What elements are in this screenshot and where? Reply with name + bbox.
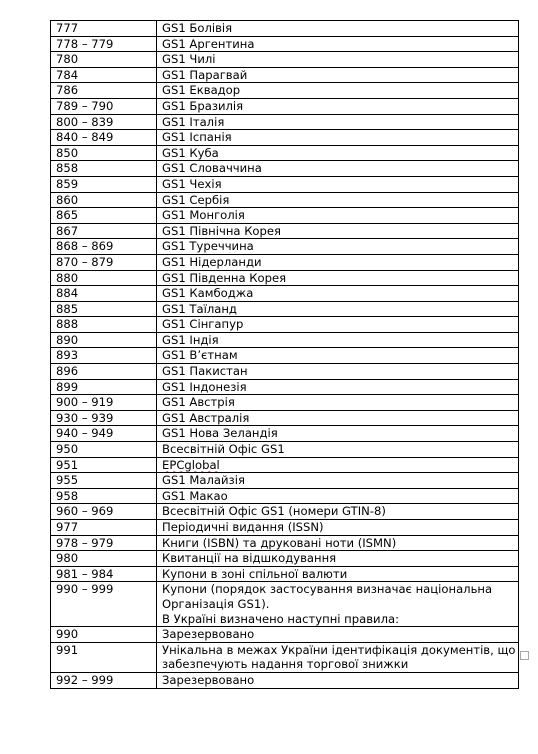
table-row: 960 – 969Всесвітній Офіс GS1 (номери GTI… xyxy=(51,504,519,520)
table-row: 850GS1 Куба xyxy=(51,145,519,161)
description-cell[interactable]: GS1 Чехія xyxy=(157,176,519,192)
description-line: GS1 Сербія xyxy=(162,193,229,207)
prefix-code-cell[interactable]: 868 – 869 xyxy=(51,239,157,255)
prefix-code-cell[interactable]: 900 – 919 xyxy=(51,395,157,411)
prefix-code-cell[interactable]: 884 xyxy=(51,286,157,302)
description-cell[interactable]: GS1 Італія xyxy=(157,114,519,130)
description-cell[interactable]: EPCglobal xyxy=(157,457,519,473)
description-cell[interactable]: GS1 В’єтнам xyxy=(157,348,519,364)
description-line: GS1 Чехія xyxy=(162,177,222,191)
table-row: 940 – 949GS1 Нова Зеландія xyxy=(51,426,519,442)
description-line: GS1 Південна Корея xyxy=(162,271,286,285)
description-line: GS1 Нова Зеландія xyxy=(162,426,278,440)
description-cell[interactable]: GS1 Нова Зеландія xyxy=(157,426,519,442)
table-row: 860GS1 Сербія xyxy=(51,192,519,208)
description-line: GS1 Туреччина xyxy=(162,239,254,253)
description-cell[interactable]: GS1 Туреччина xyxy=(157,239,519,255)
table-row: 865GS1 Монголія xyxy=(51,208,519,224)
table-row: 870 – 879GS1 Нідерланди xyxy=(51,254,519,270)
description-line: GS1 Пакистан xyxy=(162,364,248,378)
prefix-code-cell[interactable]: 981 – 984 xyxy=(51,566,157,582)
description-cell[interactable]: Квитанції на відшкодування xyxy=(157,551,519,567)
description-line: GS1 Італія xyxy=(162,115,224,129)
table-row: 900 – 919GS1 Австрія xyxy=(51,395,519,411)
description-cell[interactable]: Купони в зоні спільної валюти xyxy=(157,566,519,582)
table-row: 951EPCglobal xyxy=(51,457,519,473)
table-row: 990Зарезервовано xyxy=(51,627,519,643)
description-cell[interactable]: GS1 Парагвай xyxy=(157,67,519,83)
description-cell[interactable]: GS1 Австралія xyxy=(157,410,519,426)
description-line: GS1 Парагвай xyxy=(162,68,247,82)
description-line: EPCglobal xyxy=(162,458,220,472)
table-row: 778 – 779GS1 Аргентина xyxy=(51,36,519,52)
description-line: GS1 Болівія xyxy=(162,21,232,35)
description-line: Всесвітній Офіс GS1 (номери GTIN-8) xyxy=(162,504,386,518)
description-line: Всесвітній Офіс GS1 xyxy=(162,442,285,456)
prefix-code-cell[interactable]: 899 xyxy=(51,379,157,395)
description-cell[interactable]: Унікальна в межах України ідентифікація … xyxy=(157,642,519,672)
gs1-prefix-table: 777GS1 Болівія778 – 779GS1 Аргентина780G… xyxy=(50,20,519,689)
prefix-code-cell[interactable]: 950 xyxy=(51,442,157,458)
prefix-code-cell[interactable]: 780 xyxy=(51,52,157,68)
table-row: 867GS1 Північна Корея xyxy=(51,223,519,239)
table-body: 777GS1 Болівія778 – 779GS1 Аргентина780G… xyxy=(51,21,519,689)
description-line: Зарезервовано xyxy=(162,627,254,641)
table-row: 992 – 999Зарезервовано xyxy=(51,672,519,688)
table-row: 899GS1 Індонезія xyxy=(51,379,519,395)
table-row: 786GS1 Еквадор xyxy=(51,83,519,99)
description-line: GS1 Нідерланди xyxy=(162,255,262,269)
table-row: 777GS1 Болівія xyxy=(51,21,519,37)
prefix-code-cell[interactable]: 867 xyxy=(51,223,157,239)
description-cell[interactable]: GS1 Чилі xyxy=(157,52,519,68)
prefix-code-cell[interactable]: 800 – 839 xyxy=(51,114,157,130)
description-line: забезпечують надання торгової знижки xyxy=(162,657,408,671)
description-cell[interactable]: GS1 Монголія xyxy=(157,208,519,224)
table-resize-handle[interactable] xyxy=(520,651,529,660)
description-line: GS1 Куба xyxy=(162,146,219,160)
table-row: 885GS1 Таїланд xyxy=(51,301,519,317)
description-line: GS1 Сінгапур xyxy=(162,317,243,331)
description-cell[interactable]: GS1 Іспанія xyxy=(157,130,519,146)
description-line: GS1 Чилі xyxy=(162,52,216,66)
prefix-code-cell[interactable]: 865 xyxy=(51,208,157,224)
description-cell[interactable]: GS1 Сінгапур xyxy=(157,317,519,333)
description-line: GS1 Іспанія xyxy=(162,130,232,144)
prefix-code-cell[interactable]: 890 xyxy=(51,332,157,348)
table-row: 978 – 979Книги (ISBN) та друковані ноти … xyxy=(51,535,519,551)
prefix-code-cell[interactable]: 990 xyxy=(51,627,157,643)
description-cell[interactable]: GS1 Бразилія xyxy=(157,98,519,114)
table-row: 980Квитанції на відшкодування xyxy=(51,551,519,567)
table-row: 800 – 839GS1 Італія xyxy=(51,114,519,130)
description-cell[interactable]: GS1 Південна Корея xyxy=(157,270,519,286)
description-line: Періодичні видання (ISSN) xyxy=(162,520,324,534)
table-row: 896GS1 Пакистан xyxy=(51,364,519,380)
prefix-code-cell[interactable]: 880 xyxy=(51,270,157,286)
prefix-code-cell[interactable]: 786 xyxy=(51,83,157,99)
description-cell[interactable]: GS1 Аргентина xyxy=(157,36,519,52)
description-line: GS1 Австрія xyxy=(162,395,235,409)
description-line: В Україні визначено наступні правила: xyxy=(162,612,399,626)
description-line: Організація GS1). xyxy=(162,597,269,611)
prefix-code-cell[interactable]: 940 – 949 xyxy=(51,426,157,442)
table-row: 930 – 939GS1 Австралія xyxy=(51,410,519,426)
prefix-code-cell[interactable]: 885 xyxy=(51,301,157,317)
description-cell[interactable]: GS1 Північна Корея xyxy=(157,223,519,239)
table-row: 893GS1 В’єтнам xyxy=(51,348,519,364)
description-cell[interactable]: Книги (ISBN) та друковані ноти (ISMN) xyxy=(157,535,519,551)
description-line: GS1 Еквадор xyxy=(162,83,240,97)
description-cell[interactable]: Зарезервовано xyxy=(157,627,519,643)
table-row: 955GS1 Малайзія xyxy=(51,473,519,489)
description-cell[interactable]: GS1 Індія xyxy=(157,332,519,348)
description-line: GS1 Австралія xyxy=(162,411,249,425)
description-line: GS1 Північна Корея xyxy=(162,224,281,238)
description-cell[interactable]: GS1 Куба xyxy=(157,145,519,161)
description-line: GS1 Монголія xyxy=(162,208,245,222)
description-cell[interactable]: GS1 Сербія xyxy=(157,192,519,208)
prefix-code-cell[interactable]: 840 – 849 xyxy=(51,130,157,146)
description-cell[interactable]: Періодичні видання (ISSN) xyxy=(157,520,519,536)
description-cell[interactable]: GS1 Нідерланди xyxy=(157,254,519,270)
prefix-code-cell[interactable]: 893 xyxy=(51,348,157,364)
description-cell[interactable]: GS1 Пакистан xyxy=(157,364,519,380)
prefix-code-cell[interactable]: 888 xyxy=(51,317,157,333)
prefix-code-cell[interactable]: 859 xyxy=(51,176,157,192)
description-cell[interactable]: GS1 Словаччина xyxy=(157,161,519,177)
description-cell[interactable]: GS1 Макао xyxy=(157,488,519,504)
description-line: GS1 Таїланд xyxy=(162,302,237,316)
prefix-code-cell[interactable]: 850 xyxy=(51,145,157,161)
description-line: GS1 Аргентина xyxy=(162,37,254,51)
description-line: GS1 Камбоджа xyxy=(162,286,253,300)
description-line: Зарезервовано xyxy=(162,673,254,687)
prefix-code-cell[interactable]: 977 xyxy=(51,520,157,536)
description-cell[interactable]: Всесвітній Офіс GS1 xyxy=(157,442,519,458)
description-cell[interactable]: Купони (порядок застосування визначає на… xyxy=(157,582,519,627)
description-cell[interactable]: GS1 Таїланд xyxy=(157,301,519,317)
prefix-code-cell[interactable]: 991 xyxy=(51,642,157,672)
description-cell[interactable]: GS1 Болівія xyxy=(157,21,519,37)
table-row: 780GS1 Чилі xyxy=(51,52,519,68)
prefix-code-cell[interactable]: 958 xyxy=(51,488,157,504)
prefix-code-cell[interactable]: 789 – 790 xyxy=(51,98,157,114)
prefix-code-cell[interactable]: 777 xyxy=(51,21,157,37)
table-row: 890GS1 Індія xyxy=(51,332,519,348)
prefix-code-cell[interactable]: 778 – 779 xyxy=(51,36,157,52)
prefix-code-cell[interactable]: 992 – 999 xyxy=(51,672,157,688)
table-row: 858GS1 Словаччина xyxy=(51,161,519,177)
table-row: 991Унікальна в межах України ідентифікац… xyxy=(51,642,519,672)
description-line: GS1 Індія xyxy=(162,333,219,347)
table-row: 888GS1 Сінгапур xyxy=(51,317,519,333)
table-row: 868 – 869GS1 Туреччина xyxy=(51,239,519,255)
prefix-code-cell[interactable]: 896 xyxy=(51,364,157,380)
table-row: 840 – 849GS1 Іспанія xyxy=(51,130,519,146)
table-row: 884GS1 Камбоджа xyxy=(51,286,519,302)
table-row: 880GS1 Південна Корея xyxy=(51,270,519,286)
prefix-code-cell[interactable]: 870 – 879 xyxy=(51,254,157,270)
description-line: Купони (порядок застосування визначає на… xyxy=(162,582,492,596)
prefix-code-cell[interactable]: 860 xyxy=(51,192,157,208)
description-line: Квитанції на відшкодування xyxy=(162,551,336,565)
prefix-code-cell[interactable]: 978 – 979 xyxy=(51,535,157,551)
description-cell[interactable]: GS1 Індонезія xyxy=(157,379,519,395)
table-row: 977Періодичні видання (ISSN) xyxy=(51,520,519,536)
description-cell[interactable]: Зарезервовано xyxy=(157,672,519,688)
table-row: 784GS1 Парагвай xyxy=(51,67,519,83)
description-line: Книги (ISBN) та друковані ноти (ISMN) xyxy=(162,536,396,550)
description-line: Унікальна в межах України ідентифікація … xyxy=(162,643,516,657)
prefix-code-cell[interactable]: 960 – 969 xyxy=(51,504,157,520)
table-row: 950Всесвітній Офіс GS1 xyxy=(51,442,519,458)
prefix-code-cell[interactable]: 990 – 999 xyxy=(51,582,157,627)
description-line: Купони в зоні спільної валюти xyxy=(162,567,347,581)
description-line: GS1 В’єтнам xyxy=(162,348,238,362)
description-line: GS1 Індонезія xyxy=(162,380,247,394)
description-cell[interactable]: Всесвітній Офіс GS1 (номери GTIN-8) xyxy=(157,504,519,520)
description-line: GS1 Макао xyxy=(162,489,228,503)
description-cell[interactable]: GS1 Австрія xyxy=(157,395,519,411)
description-cell[interactable]: GS1 Камбоджа xyxy=(157,286,519,302)
table-row: 789 – 790GS1 Бразилія xyxy=(51,98,519,114)
description-line: GS1 Бразилія xyxy=(162,99,243,113)
prefix-code-cell[interactable]: 980 xyxy=(51,551,157,567)
prefix-code-cell[interactable]: 951 xyxy=(51,457,157,473)
table-row: 958GS1 Макао xyxy=(51,488,519,504)
table-row: 981 – 984Купони в зоні спільної валюти xyxy=(51,566,519,582)
description-line: GS1 Словаччина xyxy=(162,161,262,175)
description-line: GS1 Малайзія xyxy=(162,473,245,487)
description-cell[interactable]: GS1 Малайзія xyxy=(157,473,519,489)
prefix-code-cell[interactable]: 930 – 939 xyxy=(51,410,157,426)
table-row: 990 – 999Купони (порядок застосування ви… xyxy=(51,582,519,627)
prefix-code-cell[interactable]: 784 xyxy=(51,67,157,83)
description-cell[interactable]: GS1 Еквадор xyxy=(157,83,519,99)
prefix-code-cell[interactable]: 858 xyxy=(51,161,157,177)
prefix-code-cell[interactable]: 955 xyxy=(51,473,157,489)
table-row: 859GS1 Чехія xyxy=(51,176,519,192)
